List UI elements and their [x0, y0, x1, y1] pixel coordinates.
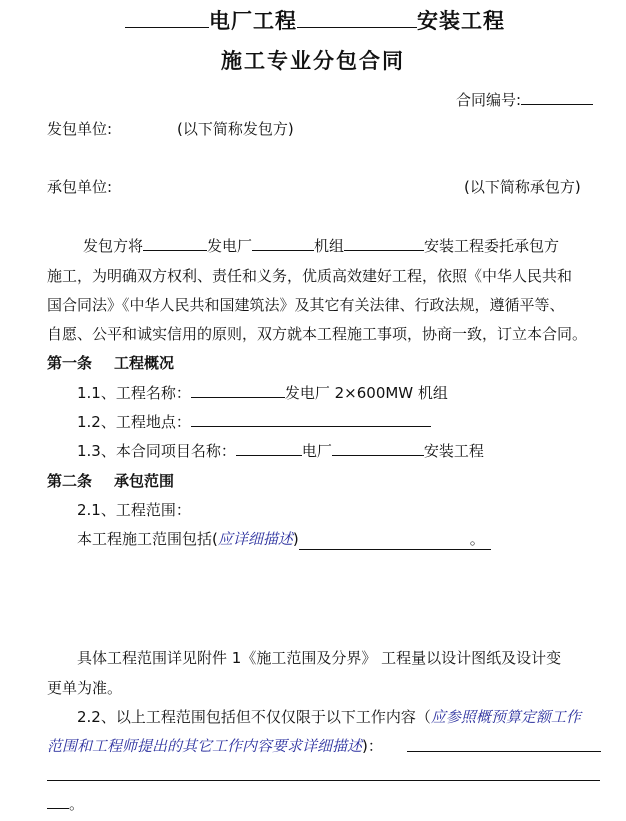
preamble-text: 发包方将 [83, 237, 143, 255]
title-line-2: 施工专业分包合同 [0, 45, 626, 75]
article-1-title: 工程概况 [114, 354, 174, 372]
item-2-2-instruction-2: 范围和工程师提出的其它工作内容要求详细描述 [47, 737, 362, 755]
article-2-number: 第二条 [47, 472, 92, 490]
blank-plant[interactable] [252, 235, 314, 251]
item-1-3-label: 1.3、本合同项目名称： [77, 442, 236, 460]
blank-project-1-3[interactable] [332, 440, 424, 456]
employer-label: 发包单位: [47, 118, 112, 139]
end-mark: 。 [69, 795, 84, 813]
scope-instruction: 应详细描述 [218, 530, 293, 548]
scope-line: 本工程施工范围包括(应详细描述)。 [77, 528, 491, 550]
contract-number: 合同编号: [456, 89, 593, 110]
employer-note: (以下简称发包方) [177, 118, 294, 139]
blank-unit[interactable] [344, 235, 424, 251]
blank-project-name-1-1[interactable] [191, 382, 285, 398]
preamble-line-2: 施工，为明确双方权利、责任和义务，优质高效建好工程，依照《中华人民共和 [47, 265, 572, 286]
preamble-text: 安装工程委托承包方 [424, 237, 559, 255]
scope-prefix: 本工程施工范围包括( [77, 530, 218, 548]
article-1-heading: 第一条工程概况 [47, 352, 174, 373]
article-2-heading: 第二条承包范围 [47, 470, 174, 491]
blank-work-content-2[interactable] [47, 780, 600, 781]
detail-line-1: 具体工程范围详见附件 1《施工范围及分界》 工程量以设计图纸及设计变 [77, 647, 561, 668]
title-text-plant: 电厂工程 [209, 8, 297, 33]
detail-line-2: 更单为准。 [47, 677, 122, 698]
preamble-text: 发电厂 [207, 237, 252, 255]
preamble-line-3: 国合同法》《中华人民共和国建筑法》及其它有关法律、行政法规，遵循平等、 [47, 294, 565, 315]
blank-location[interactable] [191, 411, 431, 427]
contract-number-blank[interactable] [521, 89, 593, 105]
blank-project-name[interactable] [297, 6, 417, 28]
item-1-2-label: 1.2、工程地点： [77, 413, 191, 431]
title-text-install: 安装工程 [417, 8, 505, 33]
item-1-1: 1.1、工程名称：发电厂 2×600MW 机组 [77, 382, 448, 403]
item-1-3-suffix: 安装工程 [424, 442, 484, 460]
item-1-3: 1.3、本合同项目名称：电厂安装工程 [77, 440, 484, 461]
preamble-line-4: 自愿、公平和诚实信用的原则，双方就本工程施工事项，协商一致，订立本合同。 [47, 323, 587, 344]
contract-number-label: 合同编号: [456, 91, 521, 109]
contractor-label: 承包单位: [47, 176, 112, 197]
article-1-number: 第一条 [47, 354, 92, 372]
item-2-1-label: 2.1、工程范围： [77, 499, 191, 520]
preamble-line-1: 发包方将发电厂机组安装工程委托承包方 [83, 235, 559, 256]
item-1-2: 1.2、工程地点： [77, 411, 431, 432]
title-line-1: 电厂工程安装工程 [125, 5, 505, 35]
preamble-text: 机组 [314, 237, 344, 255]
blank-employer[interactable] [143, 235, 207, 251]
end-line: 。 [47, 793, 84, 814]
item-1-3-mid: 电厂 [302, 442, 332, 460]
blank-plant-1-3[interactable] [236, 440, 302, 456]
article-2-title: 承包范围 [114, 472, 174, 490]
scope-end: 。 [470, 530, 485, 548]
item-2-2-line-1: 2.2、以上工程范围包括但不仅仅限于以下工作内容（应参照概预算定额工作 [77, 706, 581, 727]
blank-plant-name[interactable] [125, 6, 209, 28]
blank-scope[interactable]: 。 [299, 528, 491, 550]
item-2-2-prefix: 2.2、以上工程范围包括但不仅仅限于以下工作内容（ [77, 708, 431, 726]
blank-work-content-1[interactable] [407, 751, 601, 752]
blank-work-content-3[interactable] [47, 793, 69, 809]
item-2-2-close: )： [362, 737, 383, 755]
item-2-2-line-2: 范围和工程师提出的其它工作内容要求详细描述)： [47, 735, 383, 756]
item-1-1-suffix: 发电厂 2×600MW 机组 [285, 384, 448, 402]
item-1-1-label: 1.1、工程名称： [77, 384, 191, 402]
item-2-2-instruction-1: 应参照概预算定额工作 [431, 708, 581, 726]
contractor-note: (以下简称承包方) [464, 176, 581, 197]
